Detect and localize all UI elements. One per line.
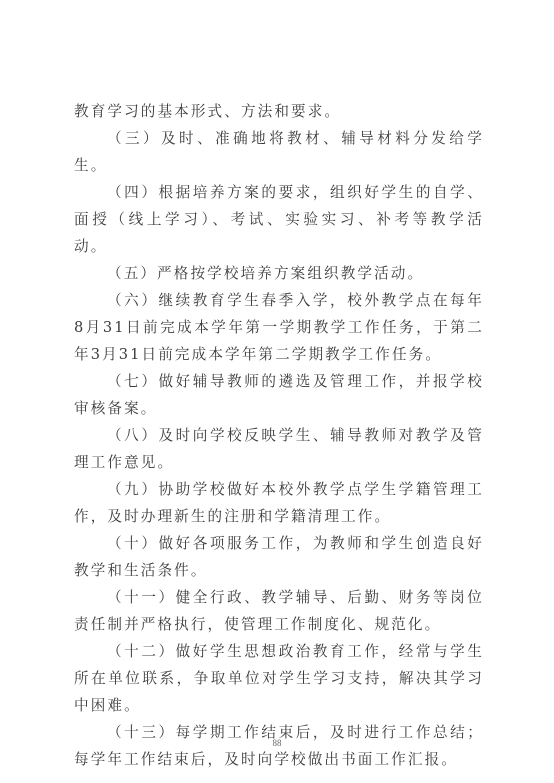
paragraph-item-9: （九）协助学校做好本校外教学点学生学籍管理工作，及时办理新生的注册和学籍清理工作…: [74, 476, 484, 530]
paragraph-continuation: 教育学习的基本形式、方法和要求。: [74, 98, 484, 125]
body-text: 教育学习的基本形式、方法和要求。 （三）及时、准确地将教材、辅导材料分发给学生。…: [74, 98, 484, 773]
paragraph-item-11: （十一）健全行政、教学辅导、后勤、财务等岗位责任制并严格执行，使管理工作制度化、…: [74, 584, 484, 638]
paragraph-item-8: （八）及时向学校反映学生、辅导教师对教学及管理工作意见。: [74, 422, 484, 476]
paragraph-item-10: （十）做好各项服务工作，为教师和学生创造良好教学和生活条件。: [74, 530, 484, 584]
paragraph-item-7: （七）做好辅导教师的遴选及管理工作，并报学校审核备案。: [74, 368, 484, 422]
paragraph-item-12: （十二）做好学生思想政治教育工作，经常与学生所在单位联系，争取单位对学生学习支持…: [74, 638, 484, 719]
paragraph-item-3: （三）及时、准确地将教材、辅导材料分发给学生。: [74, 125, 484, 179]
paragraph-item-6: （六）继续教育学生春季入学，校外教学点在每年8月31日前完成本学年第一学期教学工…: [74, 287, 484, 368]
paragraph-item-5: （五）严格按学校培养方案组织教学活动。: [74, 260, 484, 287]
page-number: 88: [0, 738, 554, 748]
document-page: 教育学习的基本形式、方法和要求。 （三）及时、准确地将教材、辅导材料分发给学生。…: [0, 0, 554, 783]
paragraph-item-4: （四）根据培养方案的要求，组织好学生的自学、面授（线上学习）、考试、实验实习、补…: [74, 179, 484, 260]
